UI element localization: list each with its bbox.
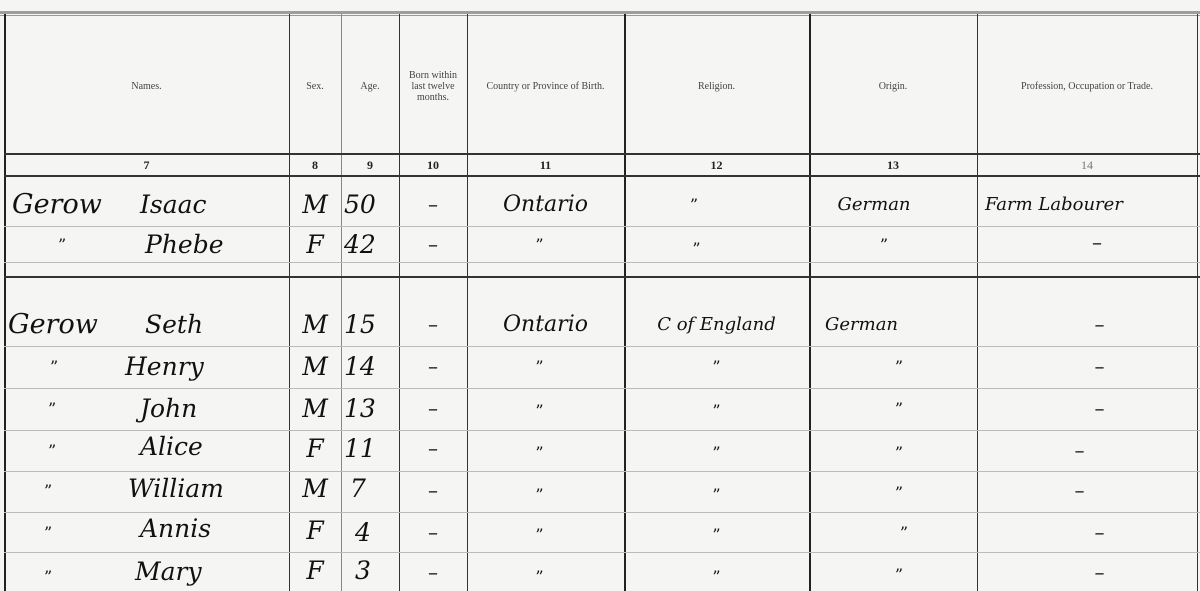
given-name: Alice [140,430,203,462]
occupation: – [977,434,1182,466]
born-last-12: – [399,516,467,548]
age: 3 [355,554,371,586]
sex: M [289,188,341,220]
given-name: Phebe [145,228,224,260]
surname: ” [44,560,52,591]
surname: ” [44,516,52,548]
religion: ” [624,394,809,426]
sex: M [289,472,341,504]
birthplace: ” [467,518,612,550]
surname: Gerow [12,188,102,220]
origin: ” [809,516,999,548]
born-last-12: – [399,474,467,506]
header-religion: Religion. [624,20,809,152]
row-rule [4,262,1200,263]
header-rule [4,175,1200,177]
birthplace: ” [467,394,612,426]
sex: M [289,392,341,424]
age: 4 [355,516,371,548]
header-names: Names. [4,20,289,152]
birthplace: Ontario [467,188,624,220]
surname: Gerow [8,308,98,340]
origin: German [825,308,898,340]
header-age: Age. [341,20,399,152]
born-last-12: – [399,432,467,464]
given-name: Annis [140,512,211,544]
born-last-12: – [399,308,467,340]
origin: ” [809,392,989,424]
occupation: – [977,226,1200,258]
row-rule [4,346,1200,347]
column-number: 7 [4,155,289,175]
age: 7 [350,472,366,504]
birthplace: Ontario [467,308,624,340]
sex: F [289,228,341,260]
sex: M [289,308,341,340]
given-name: Henry [125,350,204,382]
sex: M [289,350,341,382]
occupation: – [977,308,1200,340]
top-rule [0,11,1200,14]
religion: ” [624,478,809,510]
occupation: Farm Labourer [985,188,1123,220]
birthplace: ” [467,350,612,382]
origin: German [809,188,939,220]
origin: ” [809,558,989,590]
header-birthplace: Country or Province of Birth. [467,20,624,152]
occupation: – [977,474,1182,506]
origin: ” [809,436,989,468]
sex: F [289,514,341,546]
row-rule [4,552,1200,553]
given-name: Seth [145,308,203,340]
occupation: – [977,556,1200,588]
religion: ” [624,232,769,264]
household-rule [4,276,1200,278]
column-rule [1197,14,1198,591]
occupation: – [977,350,1200,382]
birthplace: ” [467,478,612,510]
header-born-last-12: Born within last twelve months. [403,20,463,152]
column-number: 12 [624,155,809,175]
column-number: 10 [399,155,467,175]
born-last-12: – [399,350,467,382]
age: 14 [344,350,376,382]
header-occupation: Profession, Occupation or Trade. [977,20,1197,152]
given-name: John [140,392,197,424]
religion: ” [624,518,809,550]
column-number: 9 [341,155,399,175]
religion: C of England [624,308,809,340]
born-last-12: – [399,392,467,424]
age: 50 [344,188,376,220]
given-name: William [128,472,224,504]
header-origin: Origin. [809,20,977,152]
occupation: – [977,516,1200,548]
religion: ” [624,350,809,382]
given-name: Isaac [140,188,207,220]
age: 42 [344,228,376,260]
column-number: 11 [467,155,624,175]
surname: ” [58,228,66,260]
row-rule [4,388,1200,389]
sex: F [289,432,341,464]
column-number: 13 [809,155,977,175]
census-page: Names. Sex. Age. Born within last twelve… [0,0,1200,591]
religion: ” [624,560,809,591]
religion: ” [624,188,764,220]
religion: ” [624,436,809,468]
surname: ” [44,474,52,506]
origin: ” [809,228,959,260]
sex: F [289,554,341,586]
origin: ” [809,350,989,382]
surname: ” [48,434,56,466]
birthplace: ” [467,228,612,260]
given-name: Mary [135,555,202,587]
birthplace: ” [467,560,612,591]
surname: ” [50,350,58,382]
surname: ” [48,392,56,424]
column-number: 14 [977,155,1197,175]
origin: ” [809,476,989,508]
occupation: – [977,392,1200,424]
born-last-12: – [399,556,467,588]
age: 13 [344,392,376,424]
born-last-12: – [399,228,467,260]
birthplace: ” [467,436,612,468]
top-rule-thin [0,15,1200,16]
age: 15 [344,308,376,340]
born-last-12: – [399,188,467,220]
header-sex: Sex. [289,20,341,152]
column-number: 8 [289,155,341,175]
age: 11 [344,432,376,464]
